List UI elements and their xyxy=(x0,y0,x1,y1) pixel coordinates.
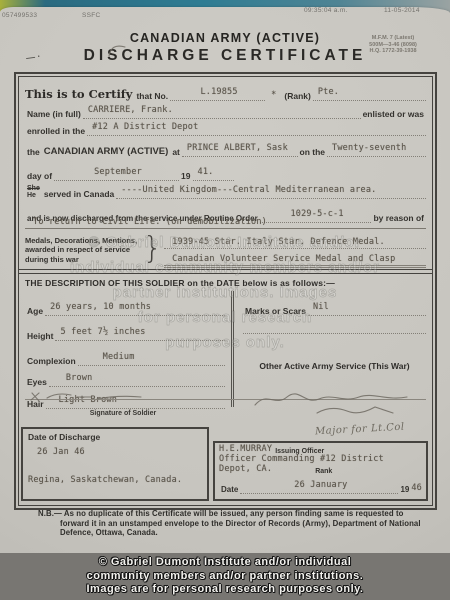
age-line: Age 26 years, 10 months xyxy=(25,297,225,316)
double-rule xyxy=(19,269,432,274)
form-ref-line: H.Q. 1772-39-1938 xyxy=(351,48,435,55)
scanned-discharge-certificate: { "scan": { "doc_number": "057499533", "… xyxy=(0,0,450,600)
complexion-line: Complexion Medium xyxy=(25,347,225,366)
place-field: PRINCE ALBERT, Sask xyxy=(182,138,298,157)
column-divider xyxy=(231,291,234,407)
medals-line-2: Canadian Volunteer Service Medal and Cla… xyxy=(164,249,426,268)
scan-doc-number: 057499533 xyxy=(2,12,37,19)
officer-command-value: Officer Commanding #12 District xyxy=(219,454,384,464)
enrolled-label: enrolled in the xyxy=(25,126,87,136)
footer-watermark-line: © Gabriel Dumont Institute and/or indivi… xyxy=(0,556,450,570)
footer-watermark-line: community members and/or partner institu… xyxy=(0,570,450,584)
eyes-field: Brown xyxy=(49,368,225,387)
height-field: 5 feet 7½ inches xyxy=(55,322,225,341)
soldier-signature xyxy=(27,389,147,410)
marks-label: Marks or Scars xyxy=(243,306,308,316)
certify-line: This is to Certify that No. L.19855 * (R… xyxy=(25,82,426,101)
age-field: 26 years, 10 months xyxy=(45,297,225,316)
medals-label: Medals, Decorations, Mentions, awarded i… xyxy=(25,236,143,265)
form-reference: M.F.M. 7 (Latest) 500M—3-46 (8098) H.Q. … xyxy=(351,35,435,55)
he-label: He xyxy=(27,192,40,199)
issue-year-value: 46 xyxy=(411,483,422,493)
she-he-selector: She He xyxy=(25,185,42,199)
discharge-place-value: Regina, Saskatchewan, Canada. xyxy=(28,475,182,485)
pen-mark-icon xyxy=(106,40,128,63)
certificate-inner-border: This is to Certify that No. L.19855 * (R… xyxy=(18,76,433,506)
day-of-line: day of September 19 41. xyxy=(25,162,426,181)
reason-line: To return to Civil Life. (on demobilizat… xyxy=(25,218,426,229)
officer-depot-line: Depot, CA. Rank xyxy=(215,465,426,475)
scan-batch-code: SSFC xyxy=(82,12,101,19)
served-line: She He served in Canada ----United Kingd… xyxy=(25,180,426,199)
date-of-discharge-label: Date of Discharge xyxy=(23,429,207,442)
footer-watermark: © Gabriel Dumont Institute and/or indivi… xyxy=(0,556,450,597)
height-label: Height xyxy=(25,331,55,341)
date-label: Date xyxy=(219,485,240,494)
unit-field: #12 A District Depot xyxy=(87,117,426,136)
officer-depot-value: Depot, CA. xyxy=(219,464,272,474)
certify-label: This is to Certify xyxy=(25,87,134,101)
eyes-label: Eyes xyxy=(25,377,49,387)
officer-signature xyxy=(247,383,422,426)
medals-section: Medals, Decorations, Mentions, awarded i… xyxy=(25,232,426,268)
service-number-field: L.19855 xyxy=(170,82,265,101)
scan-time: 09:35:04 a.m. xyxy=(304,7,348,14)
served-field: ----United Kingdom---Central Mediterrane… xyxy=(116,180,426,199)
complexion-field: Medium xyxy=(78,347,225,366)
soldier-signature-caption: Signature of Soldier xyxy=(25,410,221,417)
blank-line xyxy=(243,323,426,334)
at-label: at xyxy=(170,147,182,157)
certificate-box: This is to Certify that No. L.19855 * (R… xyxy=(14,72,437,510)
served-label: served in Canada xyxy=(42,189,116,199)
army-bold-label: CANADIAN ARMY (ACTIVE) xyxy=(42,146,171,157)
day-word-field: Twenty-seventh xyxy=(327,138,426,157)
stray-pen-mark: — · xyxy=(25,51,41,63)
month-field: September xyxy=(54,162,179,181)
medals-line-1: 1939-45 Star. Italy Star. Defence Medal. xyxy=(164,232,426,249)
issue-date-line: Date 26 January 19 46 xyxy=(215,475,426,494)
marks-line: Marks or Scars Nil xyxy=(243,297,426,316)
marks-field: Nil xyxy=(308,297,426,316)
on-the-label: on the xyxy=(298,147,328,157)
asterisk-mark: * xyxy=(265,90,282,100)
rank-label: Rank xyxy=(312,468,335,475)
reason-field: To return to Civil Life. (on demobilizat… xyxy=(25,217,267,227)
eyes-line: Eyes Brown xyxy=(25,368,225,387)
year-field: 41. xyxy=(193,162,234,181)
rank-field: Pte. xyxy=(313,82,426,101)
army-at-line: the CANADIAN ARMY (ACTIVE) at PRINCE ALB… xyxy=(25,138,426,157)
age-label: Age xyxy=(25,306,45,316)
height-line: Height 5 feet 7½ inches xyxy=(25,322,225,341)
issue-date-field: 26 January xyxy=(240,475,398,494)
description-heading: THE DESCRIPTION OF THIS SOLDIER on the D… xyxy=(25,278,335,288)
issuing-officer-box: H.E.MURRAY Issuing Officer Officer Comma… xyxy=(213,441,428,501)
the-label: the xyxy=(25,147,42,157)
brace-glyph: } xyxy=(143,234,164,266)
issue-year-prefix: 19 xyxy=(398,485,411,494)
footer-watermark-line: Images are for personal research purpose… xyxy=(0,583,450,597)
date-of-discharge-box: Date of Discharge 26 Jan 46 Regina, Sask… xyxy=(21,427,209,501)
discharge-date-value: 26 Jan 46 xyxy=(37,447,85,457)
medals-values: 1939-45 Star. Italy Star. Defence Medal.… xyxy=(164,232,426,268)
scan-date: 11-05-2014 xyxy=(384,7,420,14)
officer-name: H.E.MURRAY xyxy=(219,444,272,454)
other-service-label: Other Active Army Service (This War) xyxy=(243,361,426,371)
nb-footnote: N.B.— As no duplicate of this Certificat… xyxy=(38,509,426,538)
she-label: She xyxy=(27,185,40,192)
enrolled-line: enrolled in the #12 A District Depot xyxy=(25,117,426,136)
complexion-label: Complexion xyxy=(25,356,78,366)
